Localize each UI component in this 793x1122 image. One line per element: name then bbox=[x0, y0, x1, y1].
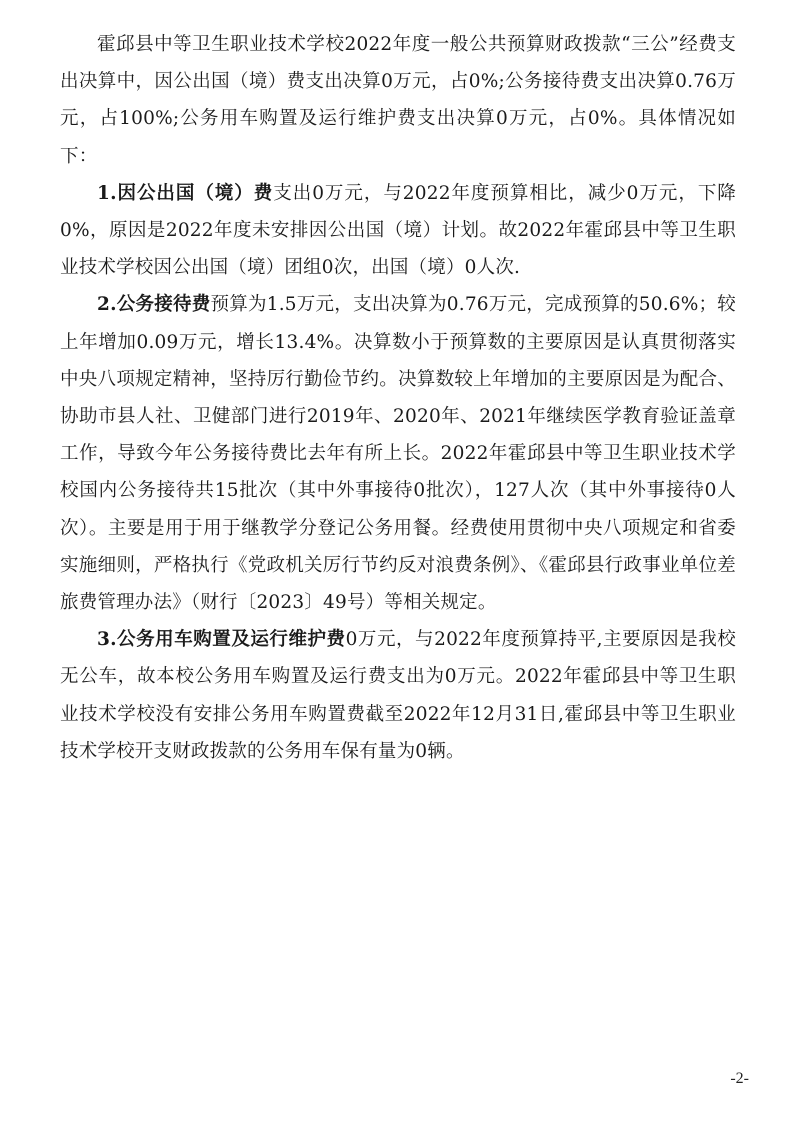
section-heading: 3.公务用车购置及运行维护费 bbox=[97, 629, 346, 650]
section-body: 预算为1.5万元，支出决算为0.76万元，完成预算的50.6%；较上年增加0.0… bbox=[60, 294, 736, 613]
page-number: -2- bbox=[730, 1070, 749, 1088]
section-heading: 2.公务接待费 bbox=[97, 294, 211, 315]
section-official-vehicles: 3.公务用车购置及运行维护费0万元，与2022年度预算持平,主要原因是我校无公车… bbox=[60, 621, 736, 770]
section-overseas-travel: 1.因公出国（境）费支出0万元，与2022年度预算相比，减少0万元，下降0%，原… bbox=[60, 175, 736, 287]
document-page: 霍邱县中等卫生职业技术学校2022年度一般公共预算财政拨款“三公”经费支出决算中… bbox=[60, 26, 736, 770]
intro-paragraph: 霍邱县中等卫生职业技术学校2022年度一般公共预算财政拨款“三公”经费支出决算中… bbox=[60, 26, 736, 175]
section-official-reception: 2.公务接待费预算为1.5万元，支出决算为0.76万元，完成预算的50.6%；较… bbox=[60, 286, 736, 621]
section-heading: 1.因公出国（境）费 bbox=[97, 183, 273, 204]
